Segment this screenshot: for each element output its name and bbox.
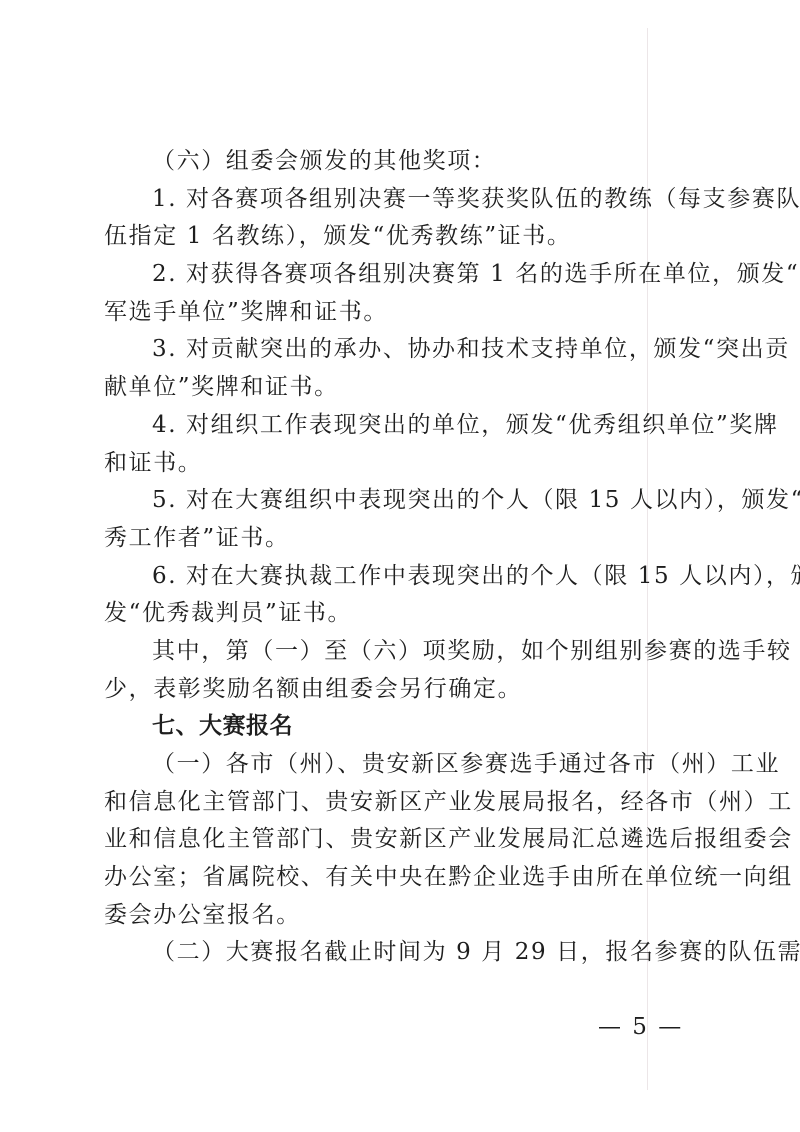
paragraph-line: 少，表彰奖励名额由组委会另行确定。 [104, 671, 714, 709]
paragraph-line: 办公室；省属院校、有关中央在黔企业选手由所在单位统一向组 [104, 859, 714, 897]
paragraph-line: 秀工作者”证书。 [104, 520, 714, 558]
paragraph-line: 委会办公室报名。 [104, 897, 714, 935]
paragraph-line: 和信息化主管部门、贵安新区产业发展局报名，经各市（州）工 [104, 784, 714, 822]
paragraph-line: 3. 对贡献突出的承办、协办和技术支持单位，颁发“突出贡 [104, 331, 714, 369]
section-subheading-six: （六）组委会颁发的其他奖项： [104, 143, 714, 181]
document-body: （六）组委会颁发的其他奖项： 1. 对各赛项各组别决赛一等奖获奖队伍的教练（每支… [104, 143, 714, 972]
paragraph-line: 发“优秀裁判员”证书。 [104, 595, 714, 633]
paragraph-line: （二）大赛报名截止时间为 9 月 29 日，报名参赛的队伍需提 [104, 934, 714, 972]
paragraph-line: 6. 对在大赛执裁工作中表现突出的个人（限 15 人以内），颁 [104, 558, 714, 596]
paragraph-line: 献单位”奖牌和证书。 [104, 369, 714, 407]
paragraph-line: 1. 对各赛项各组别决赛一等奖获奖队伍的教练（每支参赛队 [104, 181, 714, 219]
paragraph-line: 伍指定 1 名教练），颁发“优秀教练”证书。 [104, 218, 714, 256]
section-heading-registration: 七、大赛报名 [104, 708, 714, 746]
paragraph-line: （一）各市（州）、贵安新区参赛选手通过各市（州）工业 [104, 746, 714, 784]
paragraph-line: 4. 对组织工作表现突出的单位，颁发“优秀组织单位”奖牌 [104, 407, 714, 445]
paragraph-line: 军选手单位”奖牌和证书。 [104, 294, 714, 332]
page-number: — 5 — [598, 1014, 683, 1040]
paragraph-line: 和证书。 [104, 445, 714, 483]
paragraph-line: 2. 对获得各赛项各组别决赛第 1 名的选手所在单位，颁发“冠 [104, 256, 714, 294]
paragraph-line: 5. 对在大赛组织中表现突出的个人（限 15 人以内），颁发“优 [104, 482, 714, 520]
paragraph-line: 业和信息化主管部门、贵安新区产业发展局汇总遴选后报组委会 [104, 821, 714, 859]
paragraph-line: 其中，第（一）至（六）项奖励，如个别组别参赛的选手较 [104, 633, 714, 671]
